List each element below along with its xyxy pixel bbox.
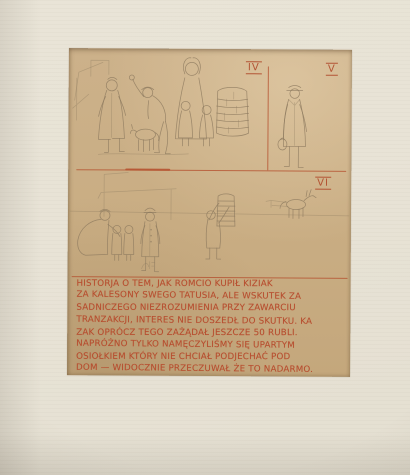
caption-line: SADNICZEGO NIEZROZUMIENIA PRZY ZAWARCIU: [76, 302, 348, 315]
panel-v-sketch: [278, 85, 307, 167]
photograph-of-drawing: IV V VI HISTORJA O TEM, JAK ROMCIO KUPIŁ…: [0, 0, 410, 475]
panel-divider-horizontal-top-thick: [125, 168, 170, 170]
caption-line: DOM — WIDOCZNIE PRZECZUWAŁ ŻE TO NADARMO…: [76, 362, 348, 377]
panel-number-iv: IV: [246, 61, 262, 74]
panel-vi-sketch: [70, 172, 350, 273]
panel-iv-sketch: [72, 57, 249, 155]
drawing-sheet: IV V VI HISTORJA O TEM, JAK ROMCIO KUPIŁ…: [67, 48, 352, 377]
caption-block: HISTORJA O TEM, JAK ROMCIO KUPIŁ KIZIAK …: [76, 277, 349, 376]
panel-number-vi: VI: [315, 177, 331, 190]
panel-number-v: V: [326, 63, 338, 76]
